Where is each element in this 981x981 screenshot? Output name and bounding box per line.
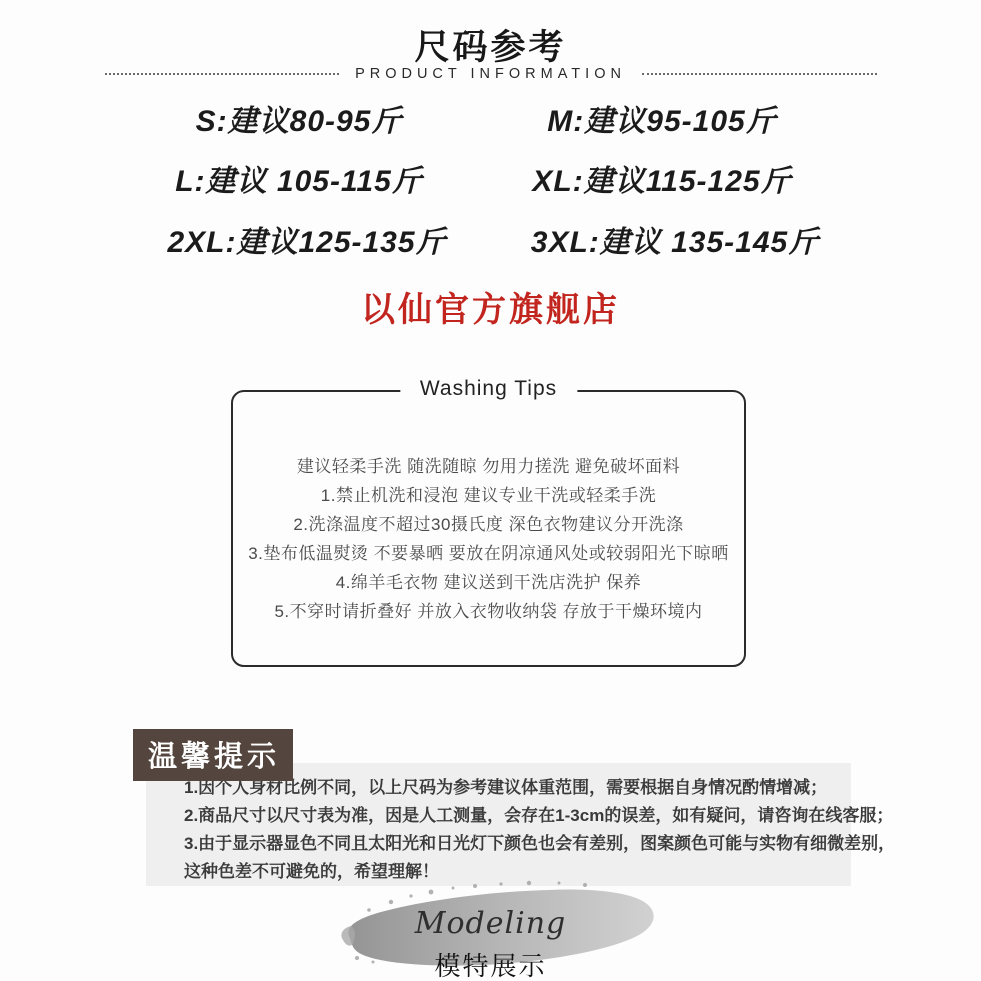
washing-tip-1: 1.禁止机洗和浸泡 建议专业干洗或轻柔手洗	[233, 481, 744, 510]
washing-tips-list: 建议轻柔手洗 随洗随晾 勿用力搓洗 避免破坏面料 1.禁止机洗和浸泡 建议专业干…	[233, 452, 744, 626]
header-subtitle-row: PRODUCT INFORMATION	[105, 66, 877, 82]
product-information-page: 尺码参考 PRODUCT INFORMATION S:建议80-95斤 M:建议…	[0, 0, 981, 981]
washing-tip-4: 4.绵羊毛衣物 建议送到干洗店洗护 保养	[233, 568, 744, 597]
size-entry-m: M:建议95-105斤	[547, 96, 776, 140]
dotted-divider-left	[105, 73, 340, 75]
page-title: 尺码参考	[0, 20, 981, 70]
modeling-subtitle: 模特展示	[0, 946, 981, 981]
size-entry-xl: XL:建议115-125斤	[532, 156, 791, 200]
size-entry-l: L:建议 105-115斤	[175, 156, 423, 200]
washing-tip-2: 2.洗涤温度不超过30摄氏度 深色衣物建议分开洗涤	[233, 510, 744, 539]
modeling-title: Modeling	[0, 906, 981, 941]
size-entry-3xl: 3XL:建议 135-145斤	[531, 217, 819, 261]
size-entry-s: S:建议80-95斤	[196, 96, 403, 140]
washing-tips-box: Washing Tips 建议轻柔手洗 随洗随晾 勿用力搓洗 避免破坏面料 1.…	[231, 390, 746, 667]
dotted-divider-right	[642, 73, 877, 75]
washing-tip-3: 3.垫布低温熨烫 不要暴晒 要放在阴凉通风处或较弱阳光下晾晒	[233, 539, 744, 568]
washing-tip-5: 5.不穿时请折叠好 并放入衣物收纳袋 存放于干燥环境内	[233, 597, 744, 626]
notice-line-2: 2.商品尺寸以尺寸表为准，因是人工测量，会存在1-3cm的误差，如有疑问，请咨询…	[184, 802, 831, 830]
page-subtitle: PRODUCT INFORMATION	[355, 66, 626, 82]
washing-tips-title: Washing Tips	[400, 377, 577, 401]
warm-notice-badge: 温馨提示	[133, 729, 293, 781]
size-entry-2xl: 2XL:建议125-135斤	[167, 217, 446, 261]
notice-line-3: 3.由于显示器显色不同且太阳光和日光灯下颜色也会有差别，图案颜色可能与实物有细微…	[184, 830, 831, 858]
notice-panel: 1.因个人身材比例不同，以上尺码为参考建议体重范围，需要根据自身情况酌情增减； …	[146, 763, 851, 886]
store-brand-name: 以仙官方旗舰店	[0, 282, 981, 331]
washing-tip-intro: 建议轻柔手洗 随洗随晾 勿用力搓洗 避免破坏面料	[233, 452, 744, 481]
